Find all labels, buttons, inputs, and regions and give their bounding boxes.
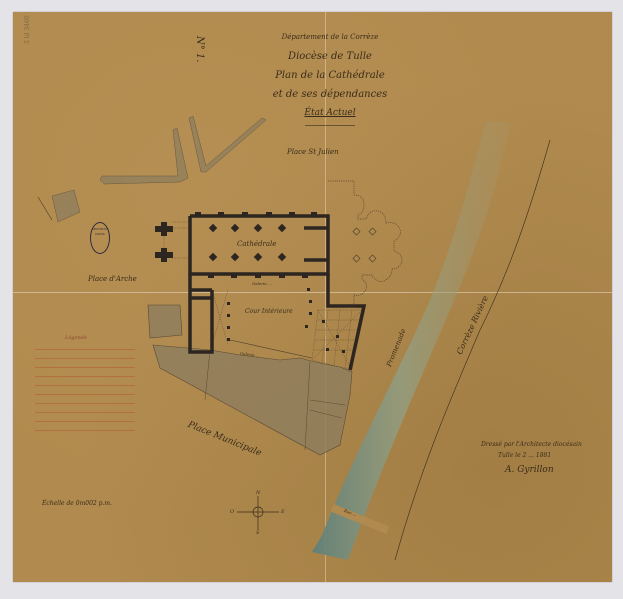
architect-signature: A. Gyrillon — [505, 465, 554, 475]
shaded-buildings — [148, 305, 352, 455]
label-cathedrale: Cathédrale — [237, 240, 276, 248]
legend-line — [35, 430, 135, 431]
compass-east: E — [281, 509, 285, 515]
plan-subtitle: et de ses dépendances — [250, 85, 410, 104]
compass-west: O — [230, 509, 234, 515]
legend-line — [35, 421, 135, 422]
cathedral-walls — [190, 216, 364, 370]
plan-state: État Actuel — [250, 104, 410, 123]
apse-dotted-outline — [328, 181, 402, 307]
legend-line — [35, 403, 135, 404]
label-cour-interieure: Cour Intérieure — [245, 308, 293, 315]
compass-south: S — [256, 530, 259, 536]
legend-line — [35, 385, 135, 386]
legend-title: Légende — [65, 335, 165, 341]
label-place-st-julien: Place St Julien — [287, 148, 339, 156]
legend-line — [35, 376, 135, 377]
quay-wall-shapes — [52, 116, 266, 222]
label-galerie-nord: Galerie ... — [252, 281, 272, 286]
legend-line — [35, 349, 135, 350]
legend-line — [35, 358, 135, 359]
inventory-number: N° 1. — [194, 36, 205, 62]
signature-line-1: Dressé par l'Architecte diocésain — [481, 441, 582, 448]
plan-title: Plan de la Cathédrale — [250, 66, 410, 85]
title-rule — [305, 125, 355, 126]
compass-rose — [237, 496, 279, 530]
signature-line-2: Tulle le 2 ... 1881 — [498, 452, 551, 459]
legend-line — [35, 412, 135, 413]
label-place-darche: Place d'Arche — [88, 275, 137, 283]
correze-river — [312, 122, 510, 560]
archive-stamp: ARCHIVES PARIS — [90, 222, 110, 254]
apse-pier-diamonds — [353, 228, 376, 262]
diocese-label: Diocèse de Tulle — [250, 47, 410, 66]
department-label: Département de la Corrèze — [250, 28, 410, 47]
scale-label: Échelle de 0m002 p.m. — [42, 500, 112, 507]
legend-line — [35, 394, 135, 395]
archive-call-number: 2 ld 3460 — [24, 15, 31, 44]
compass-north: N — [256, 490, 260, 496]
title-block: Département de la Corrèze Diocèse de Tul… — [250, 28, 410, 128]
legend-line — [35, 367, 135, 368]
legend-area: Légende — [35, 335, 135, 455]
